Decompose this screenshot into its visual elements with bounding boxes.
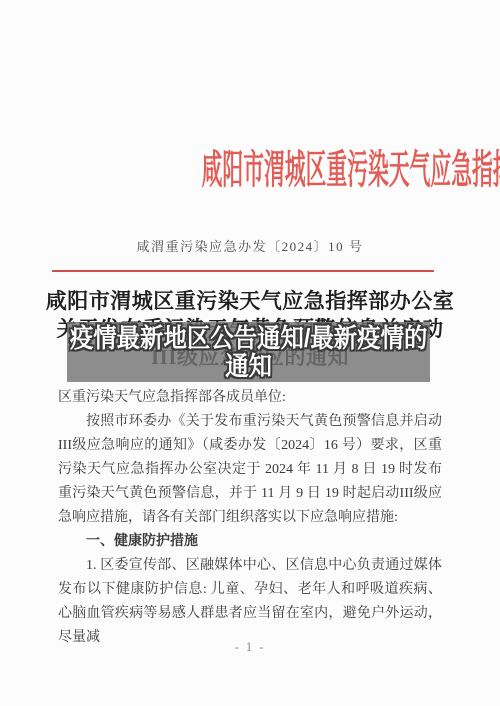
document-number: 咸渭重污染应急办发〔2024〕10 号 <box>0 236 500 255</box>
red-divider-line <box>52 270 434 272</box>
watermark-overlay-line-1: 疫情最新地区公告通知/最新疫情的 <box>70 324 428 352</box>
watermark-overlay-banner: 疫情最新地区公告通知/最新疫情的 通知 <box>67 322 430 382</box>
letterhead-title-text: 咸阳市渭城区重污染天气应急指挥部办公室文件 <box>202 143 500 197</box>
section-heading-health-measures: 一、健康防护措施 <box>58 530 442 554</box>
watermark-overlay-text: 疫情最新地区公告通知/最新疫情的 通知 <box>70 324 428 380</box>
watermark-overlay-line-2: 通知 <box>70 352 428 380</box>
paragraph-health-info: 1. 区委宣传部、区融媒体中心、区信息中心负责通过媒体发布以下健康防护信息: 儿… <box>58 554 442 650</box>
scanned-document-page: 咸阳市渭城区重污染天气应急指挥部办公室文件 咸渭重污染应急办发〔2024〕10 … <box>0 0 500 706</box>
paragraph-notice: 按照市环委办《关于发布重污染天气黄色预警信息并启动III级应急响应的通知》（咸委… <box>58 410 442 530</box>
document-title-line-1: 咸阳市渭城区重污染天气应急指挥部办公室 <box>0 287 500 315</box>
letterhead-title: 咸阳市渭城区重污染天气应急指挥部办公室文件 <box>0 143 500 197</box>
page-number: - 1 - <box>0 640 500 655</box>
document-body: 区重污染天气应急指挥部各成员单位: 按照市环委办《关于发布重污染天气黄色预警信息… <box>58 386 442 650</box>
salutation: 区重污染天气应急指挥部各成员单位: <box>58 386 442 410</box>
